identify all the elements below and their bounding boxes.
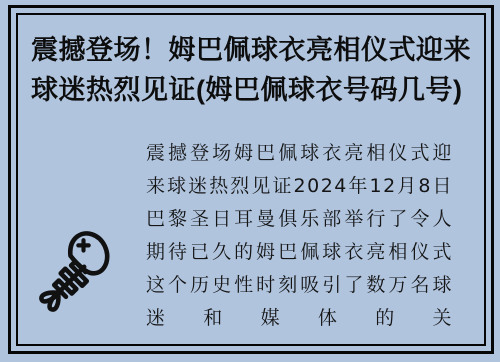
page-title: 震撼登场！姆巴佩球衣亮相仪式迎来球迷热烈见证(姆巴佩球衣号码几号) [31, 30, 474, 110]
content-frame: 震撼登场！姆巴佩球衣亮相仪式迎来球迷热烈见证(姆巴佩球衣号码几号) 震撼登场姆 [16, 13, 486, 346]
article-body-text: 震撼登场姆巴佩球衣亮相仪式迎来球迷热烈见证2024年12月8日巴黎圣日耳曼俱乐部… [146, 137, 453, 335]
outer-frame: 震撼登场！姆巴佩球衣亮相仪式迎来球迷热烈见证(姆巴佩球衣号码几号) 震撼登场姆 [8, 5, 494, 354]
fish-head [64, 226, 117, 279]
fishbone-icon [31, 228, 123, 320]
fish-eye-x [78, 240, 88, 250]
article-page: 震撼登场！姆巴佩球衣亮相仪式迎来球迷热烈见证(姆巴佩球衣号码几号) 震撼登场姆 [0, 0, 500, 362]
